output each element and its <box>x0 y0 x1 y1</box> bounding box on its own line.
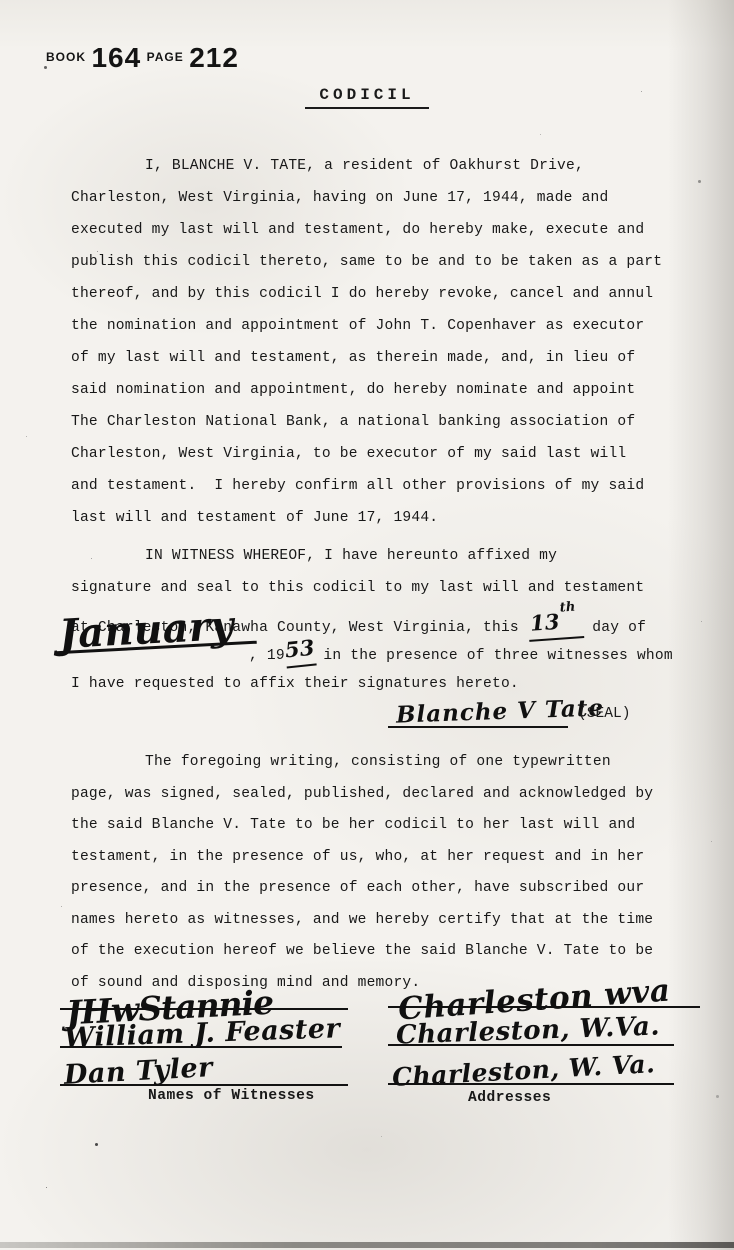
addresses-label: Addresses <box>468 1090 551 1106</box>
paragraph-line: signature and seal to this codicil to my… <box>71 572 681 604</box>
page-number: 212 <box>189 42 239 73</box>
testator-signature-row: Blanche V Tate (SEAL) <box>0 698 734 732</box>
paragraph-line: The Charleston National Bank, a national… <box>71 406 681 438</box>
paragraph-line: publish this codicil thereto, same to be… <box>71 246 681 278</box>
paragraph-line-with-month: January, 1953 in the presence of three w… <box>71 636 681 668</box>
paragraph-line: testament, in the presence of us, who, a… <box>71 842 681 874</box>
document-title: CODICIL <box>0 86 734 109</box>
scan-noise-specks <box>0 0 3 3</box>
paragraph-line: the nomination and appointment of John T… <box>71 310 681 342</box>
paragraph-attestation: The foregoing writing, consisting of one… <box>71 747 681 999</box>
paragraph-line: executed my last will and testament, do … <box>71 214 681 246</box>
paragraph-line: The foregoing writing, consisting of one… <box>71 747 681 779</box>
paragraph-line: last will and testament of June 17, 1944… <box>71 502 681 534</box>
book-number: 164 <box>91 42 141 73</box>
paragraph-line: page, was signed, sealed, published, dec… <box>71 779 681 811</box>
handwritten-year: 53 <box>283 632 316 669</box>
paragraph-witness-whereof: IN WITNESS WHEREOF, I have hereunto affi… <box>71 540 681 700</box>
paragraph-line: the said Blanche V. Tate to be her codic… <box>71 810 681 842</box>
book-page-stamp: BOOK 164 PAGE 212 <box>46 42 239 74</box>
page-label: PAGE <box>147 50 184 64</box>
paragraph-line: of the execution hereof we believe the s… <box>71 936 681 968</box>
book-label: BOOK <box>46 50 86 64</box>
scanned-codicil-document: BOOK 164 PAGE 212 CODICIL I, BLANCHE V. … <box>0 0 734 1250</box>
paragraph-line: Charleston, West Virginia, having on Jun… <box>71 182 681 214</box>
scan-edge-shadow <box>0 1242 734 1248</box>
paragraph-line: thereof, and by this codicil I do hereby… <box>71 278 681 310</box>
paragraph-line: presence, and in the presence of each ot… <box>71 873 681 905</box>
paragraph-line: of my last will and testament, as therei… <box>71 342 681 374</box>
paragraph-line: said nomination and appointment, do here… <box>71 374 681 406</box>
paragraph-line: IN WITNESS WHEREOF, I have hereunto affi… <box>71 540 681 572</box>
witness-names-label: Names of Witnesses <box>148 1088 315 1104</box>
handwritten-month: January <box>54 609 256 654</box>
paragraph-opening: I, BLANCHE V. TATE, a resident of Oakhur… <box>71 150 681 534</box>
handwritten-day-suffix: th <box>559 600 576 616</box>
testator-signature: Blanche V Tate <box>396 694 605 728</box>
paragraph-line: and testament. I hereby confirm all othe… <box>71 470 681 502</box>
paragraph-line: I, BLANCHE V. TATE, a resident of Oakhur… <box>71 150 681 182</box>
paragraph-line: names hereto as witnesses, and we hereby… <box>71 905 681 937</box>
witness-address: Charleston, W. Va. <box>391 1049 655 1092</box>
paragraph-line: Charleston, West Virginia, to be executo… <box>71 438 681 470</box>
seal-label: (SEAL) <box>578 706 631 722</box>
